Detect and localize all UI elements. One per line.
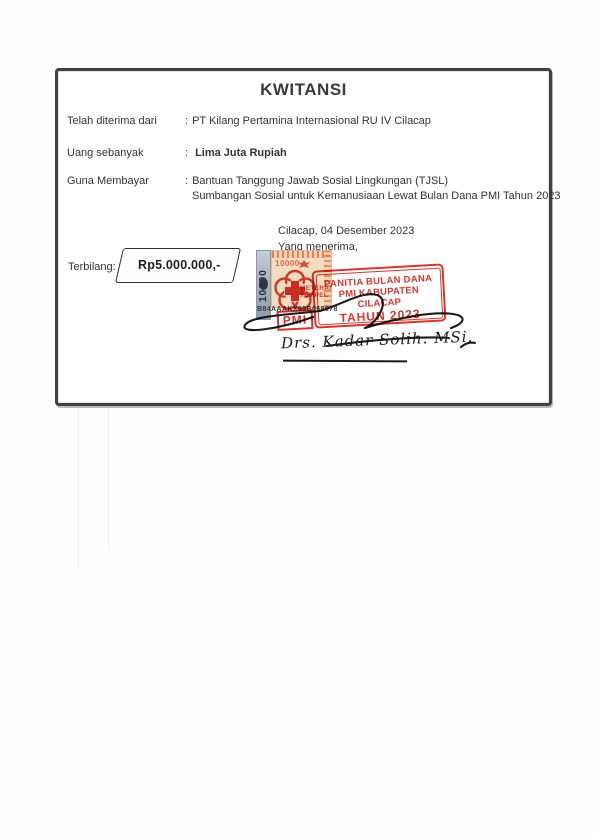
field-label-purpose: Guna Membayar [67, 175, 149, 187]
meterai-ornament-band [272, 251, 331, 258]
field-value-amount-words: :Lima Juta Rupiah [185, 147, 287, 159]
receipt-title: KWITANSI [58, 80, 549, 100]
field-label-received-from: Telah diterima dari [67, 115, 157, 127]
terbilang-label: Terbilang: [68, 261, 116, 273]
field-value-purpose-line2: Sumbangan Sosial untuk Kemanusiaan Lewat… [192, 190, 561, 202]
field-value-purpose-line1: :Bantuan Tanggung Jawab Sosial Lingkunga… [185, 175, 448, 187]
amount-value: Rp5.000.000,- [138, 258, 221, 272]
field-value-received-from: :PT Kilang Pertamina Internasional RU IV… [185, 115, 431, 127]
place-date: Cilacap, 04 Desember 2023 [278, 223, 414, 239]
field-label-amount-words: Uang sebanyak [67, 147, 143, 159]
scanned-receipt-page: KWITANSI Telah diterima dari :PT Kilang … [0, 0, 598, 837]
